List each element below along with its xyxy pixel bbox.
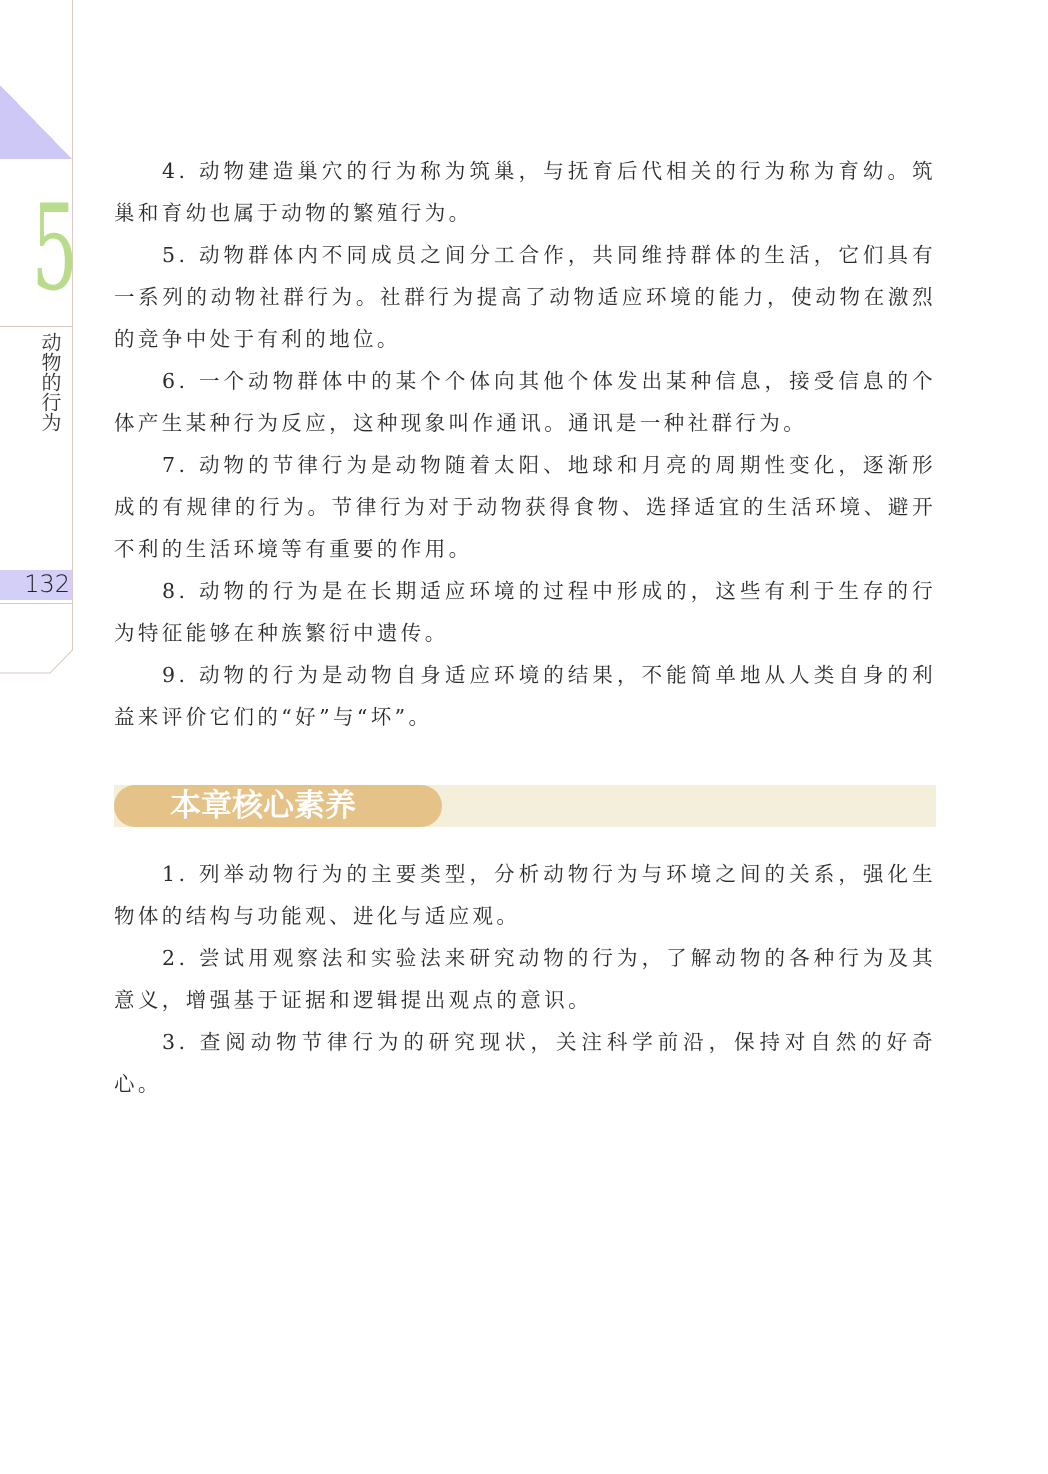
core-literacy-list: 1. 列举动物行为的主要类型，分析动物行为与环境之间的关系，强化生物体的结构与功… bbox=[114, 853, 936, 1105]
chapter-summary: 4. 动物建造巢穴的行为称为筑巢，与抚育后代相关的行为称为育幼。筑巢和育幼也属于… bbox=[114, 150, 936, 738]
summary-paragraph-7: 7. 动物的节律行为是动物随着太阳、地球和月亮的周期性变化，逐渐形成的有规律的行… bbox=[114, 444, 936, 570]
core-literacy-header: 本章核心素养 bbox=[114, 785, 936, 827]
core-literacy-item-2: 2. 尝试用观察法和实验法来研究动物的行为，了解动物的各种行为及其意义，增强基于… bbox=[114, 937, 936, 1021]
summary-paragraph-5: 5. 动物群体内不同成员之间分工合作，共同维持群体的生活，它们具有一系列的动物社… bbox=[114, 234, 936, 360]
core-literacy-item-3: 3. 查阅动物节律行为的研究现状，关注科学前沿，保持对自然的好奇心。 bbox=[114, 1021, 936, 1105]
summary-paragraph-8: 8. 动物的行为是在长期适应环境的过程中形成的，这些有利于生存的行为特征能够在种… bbox=[114, 570, 936, 654]
summary-paragraph-4: 4. 动物建造巢穴的行为称为筑巢，与抚育后代相关的行为称为育幼。筑巢和育幼也属于… bbox=[114, 150, 936, 234]
chapter-number: 5 bbox=[32, 183, 63, 313]
core-literacy-item-1: 1. 列举动物行为的主要类型，分析动物行为与环境之间的关系，强化生物体的结构与功… bbox=[114, 853, 936, 937]
summary-paragraph-6: 6. 一个动物群体中的某个个体向其他个体发出某种信息，接受信息的个体产生某种行为… bbox=[114, 360, 936, 444]
page-number: 132 bbox=[0, 568, 70, 600]
chapter-title-vertical: 动物的行为 bbox=[36, 332, 64, 432]
chapter-tab-triangle bbox=[0, 85, 72, 159]
margin-divider bbox=[0, 326, 72, 327]
summary-paragraph-9: 9. 动物的行为是动物自身适应环境的结果，不能简单地从人类自身的利益来评价它们的… bbox=[114, 654, 936, 738]
section-title: 本章核心素养 bbox=[170, 785, 356, 827]
margin-corner-cut bbox=[0, 604, 73, 676]
margin-border-line bbox=[72, 0, 73, 650]
